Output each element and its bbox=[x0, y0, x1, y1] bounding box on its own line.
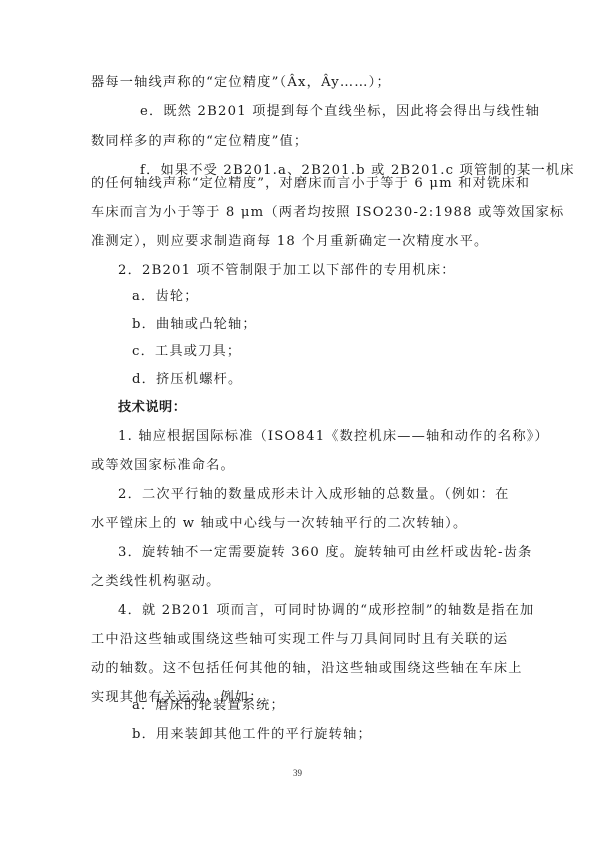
note-item-1: 1. 轴应根据国际标准（ISO841《数控机床——轴和动作的名称》） bbox=[118, 428, 532, 446]
list-item-d: d．挤压机螺杆。 bbox=[132, 371, 546, 389]
text-line: 器每一轴线声称的“定位精度”（Âx，Ây……）； bbox=[91, 74, 505, 92]
text-line: 准测定），则应要求制造商每 18 个月重新确定一次精度水平。 bbox=[91, 233, 505, 251]
text-line: 水平镗床上的 w 轴或中心线与一次转轴平行的二次转轴）。 bbox=[91, 515, 505, 533]
section-heading: 技术说明： bbox=[118, 399, 532, 417]
text-line: 或等效国家标准命名。 bbox=[91, 457, 505, 475]
text-line: 的任何轴线声称“定位精度”，对磨床而言小于等于 6 μm 和对铣床和 bbox=[91, 175, 505, 193]
note-item-3: 3．旋转轴不一定需要旋转 360 度。旋转轴可由丝杆或齿轮-齿条 bbox=[118, 544, 532, 562]
document-page: 器每一轴线声称的“定位精度”（Âx，Ây……）； e．既然 2B201 项提到每… bbox=[0, 0, 595, 841]
note-item-2: 2．二次平行轴的数量成形未计入成形轴的总数量。（例如：在 bbox=[118, 486, 532, 504]
list-item-a: a．磨床的轮装置系统； bbox=[132, 697, 546, 715]
list-item-c: c．工具或刀具； bbox=[132, 343, 546, 361]
text-line: 工中沿这些轴或围绕这些轴可实现工件与刀具间同时且有关联的运 bbox=[91, 631, 505, 649]
text-line: 数同样多的声称的“定位精度”值； bbox=[91, 133, 505, 151]
numbered-item-2: 2．2B201 项不管制限于加工以下部件的专用机床： bbox=[118, 262, 532, 280]
list-item-b: b．曲轴或凸轮轴； bbox=[132, 316, 546, 334]
list-item-e: e．既然 2B201 项提到每个直线坐标，因此将会得出与线性轴 bbox=[140, 103, 554, 121]
text-line: 之类线性机构驱动。 bbox=[91, 573, 505, 591]
note-item-4: 4．就 2B201 项而言，可同时协调的“成形控制”的轴数是指在加 bbox=[118, 602, 532, 620]
page-number: 39 bbox=[0, 768, 595, 778]
list-item-b: b．用来装卸其他工件的平行旋转轴； bbox=[132, 726, 546, 744]
text-line: 动的轴数。这不包括任何其他的轴，沿这些轴或围绕这些轴在车床上 bbox=[91, 660, 505, 678]
text-line: 车床而言为小于等于 8 μm（两者均按照 ISO230-2:1988 或等效国家… bbox=[91, 204, 505, 222]
list-item-a: a．齿轮； bbox=[132, 288, 546, 306]
